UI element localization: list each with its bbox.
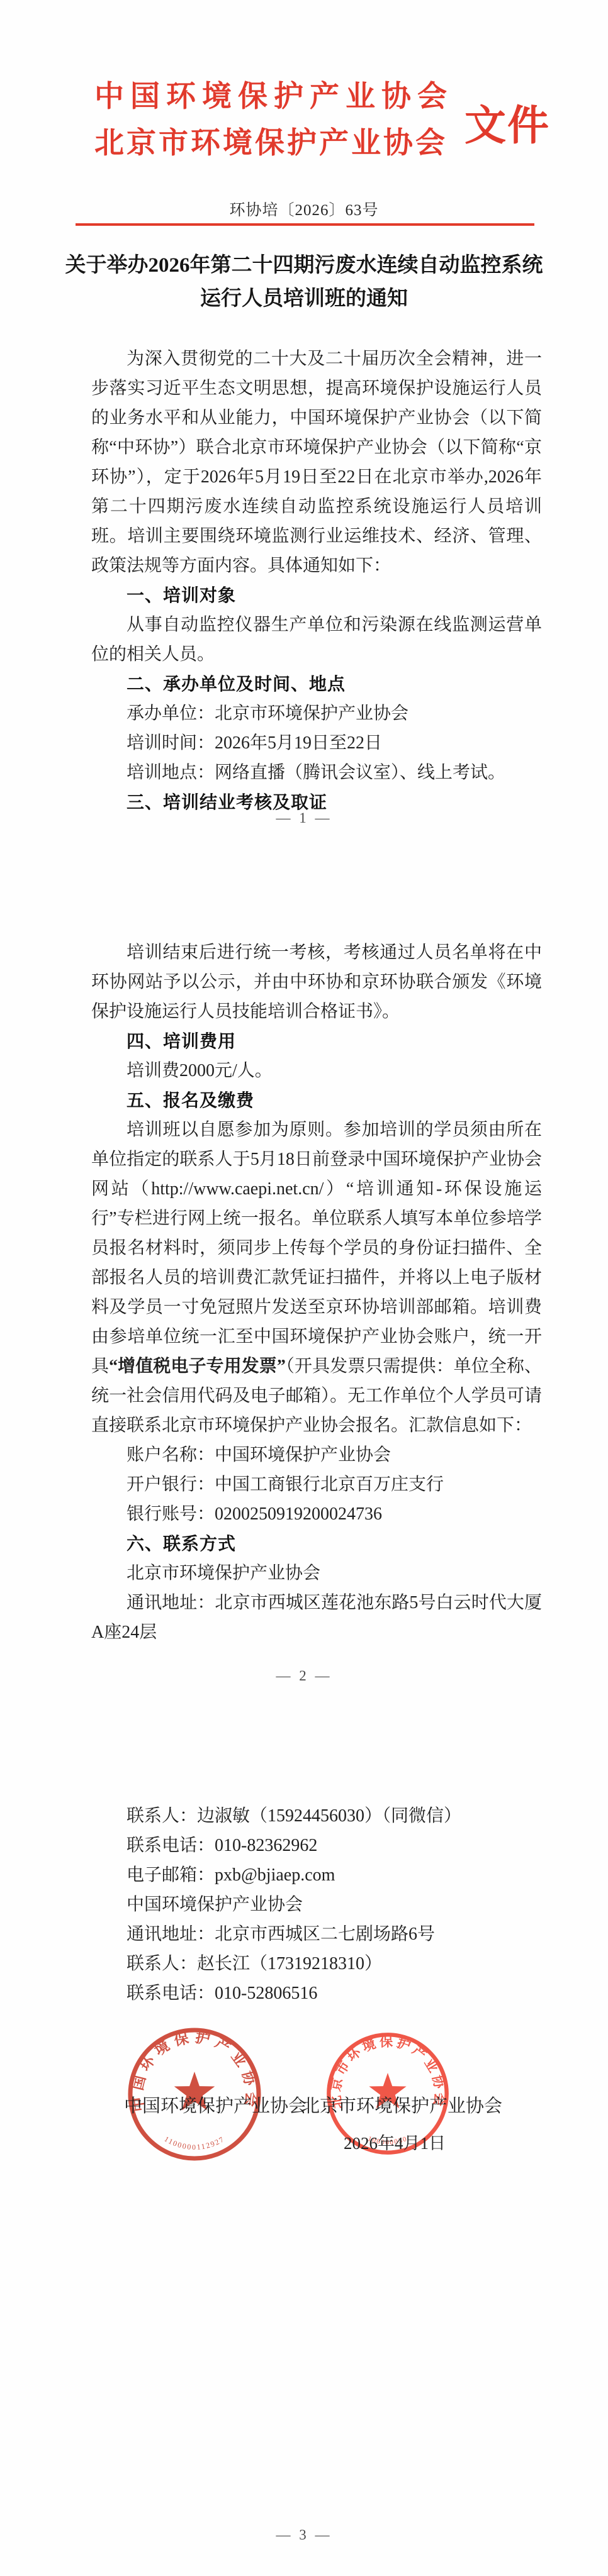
seal-cn-serial-text: 1100000112927 — [163, 2135, 227, 2151]
page1-body: 为深入贯彻党的二十大及二十届历次全会精神，进一步落实习近平生态文明思想，提高环境… — [91, 344, 542, 817]
line-organizer: 承办单位：北京市环境保护产业协会 — [91, 699, 542, 728]
page2-body: 培训结束后进行统一考核，考核通过人员名单将在中环协网站予以公示，并由中环协和京环… — [91, 938, 542, 1647]
line-contact-addr-cn: 通讯地址：北京市西城区二七剧场路6号 — [91, 1919, 542, 1949]
svg-text:1100000112927: 1100000112927 — [163, 2135, 227, 2151]
doc-title-line1: 关于举办2026年第二十四期污废水连续自动监控系统 — [0, 249, 608, 282]
para-exam-certificate: 培训结束后进行统一考核，考核通过人员名单将在中环协网站予以公示，并由中环协和京环… — [91, 938, 542, 1026]
line-fee: 培训费2000元/人。 — [91, 1056, 542, 1085]
line-contact-bj-email: 电子邮箱：pxb@bjiaep.com — [91, 1860, 542, 1890]
line-contact-org-bj: 北京市环境保护产业协会 — [91, 1558, 542, 1588]
section-heading-4: 四、培训费用 — [91, 1026, 542, 1056]
issuer-org-line1: 中国环境保护产业协会 — [94, 73, 453, 115]
line-account-number: 银行账号：0200250919200024736 — [91, 1499, 542, 1529]
signature-org-right: 北京市环境保护产业协会 — [301, 2092, 502, 2118]
para-signup-pre: 培训班以自愿参加为原则。参加培训的学员须由所在单位指定的联系人于5月18日前登录… — [91, 1120, 542, 1376]
para-signup: 培训班以自愿参加为原则。参加培训的学员须由所在单位指定的联系人于5月18日前登录… — [91, 1115, 542, 1440]
line-training-time: 培训时间：2026年5月19日至22日 — [91, 728, 542, 758]
page-number-3: — 3 — — [0, 2527, 608, 2543]
doc-number: 环协培〔2026〕63号 — [0, 197, 608, 220]
line-contact-cn-person: 联系人：赵长江（17319218310） — [91, 1949, 542, 1979]
line-contact-addr-bj: 通讯地址：北京市西城区莲花池东路5号白云时代大厦A座24层 — [91, 1588, 542, 1647]
section-heading-2: 二、承办单位及时间、地点 — [91, 669, 542, 699]
issuer-org-line2: 北京市环境保护产业协会 — [94, 119, 448, 162]
section-heading-1: 一、培训对象 — [91, 580, 542, 610]
para-training-target: 从事自动监控仪器生产单位和污染源在线监测运营单位的相关人员。 — [91, 610, 542, 669]
para-signup-invoice-bold: “增值税电子专用发票” — [109, 1357, 286, 1376]
para-intro: 为深入贯彻党的二十大及二十届历次全会精神，进一步落实习近平生态文明思想，提高环境… — [91, 344, 542, 580]
line-contact-bj-phone: 联系电话：010-82362962 — [91, 1831, 542, 1860]
page-number-2: — 2 — — [0, 1668, 608, 1684]
line-contact-org-cn: 中国环境保护产业协会 — [91, 1890, 542, 1919]
red-divider — [76, 223, 534, 226]
line-contact-cn-phone: 联系电话：010-52806516 — [91, 1979, 542, 2008]
line-bank: 开户银行：中国工商银行北京百万庄支行 — [91, 1470, 542, 1499]
signature-org-left: 中国环境保护产业协会 — [124, 2092, 307, 2118]
page3-body: 联系人：边淑敏（15924456030）（同微信） 联系电话：010-82362… — [91, 1801, 542, 2008]
doc-type-label: 文件 — [464, 92, 550, 152]
doc-title-line2: 运行人员培训班的通知 — [0, 282, 608, 316]
signature-date: 2026年4月1日 — [344, 2129, 446, 2154]
line-training-location: 培训地点：网络直播（腾讯会议室）、线上考试。 — [91, 758, 542, 787]
doc-title: 关于举办2026年第二十四期污废水连续自动监控系统 运行人员培训班的通知 — [0, 249, 608, 316]
line-account-name: 账户名称：中国环境保护产业协会 — [91, 1440, 542, 1470]
section-heading-5: 五、报名及缴费 — [91, 1085, 542, 1115]
document-page: 中国环境保护产业协会 北京市环境保护产业协会 文件 环协培〔2026〕63号 关… — [0, 0, 608, 2576]
page-number-1: — 1 — — [0, 810, 608, 826]
line-contact-bj-person: 联系人：边淑敏（15924456030）（同微信） — [91, 1801, 542, 1831]
section-heading-6: 六、联系方式 — [91, 1529, 542, 1558]
